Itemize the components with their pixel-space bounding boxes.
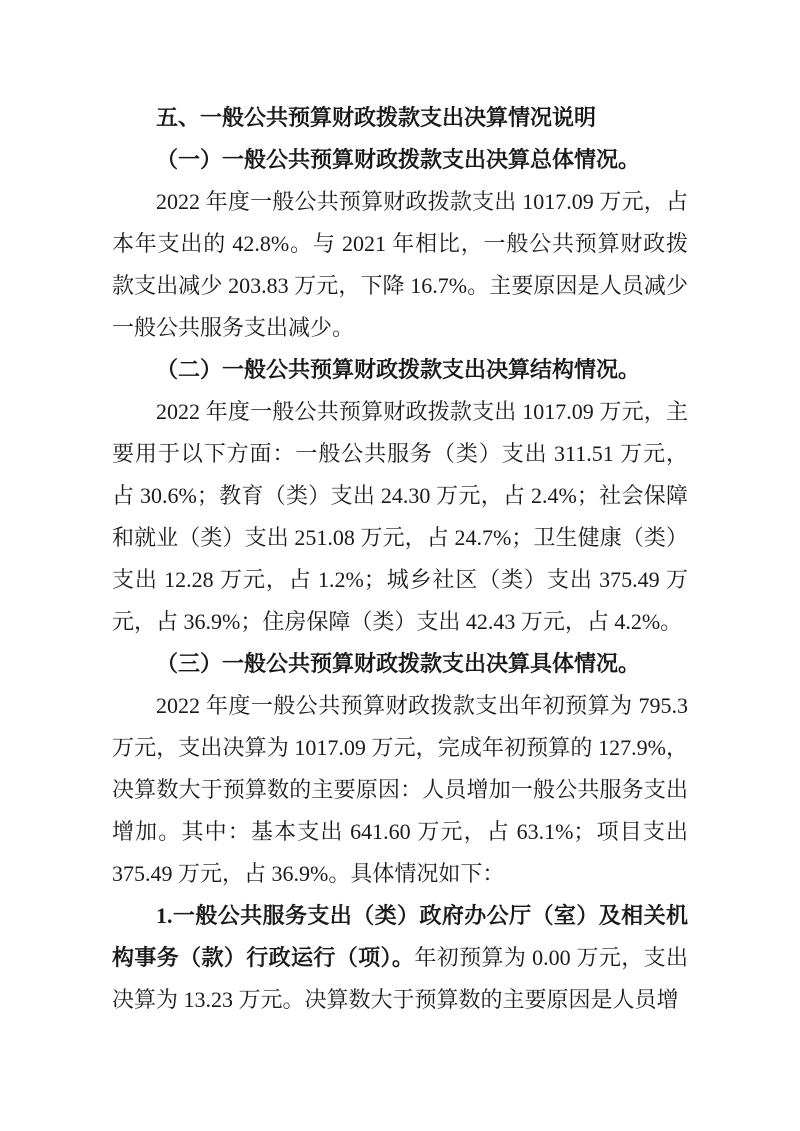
subsection-2-heading: （二）一般公共预算财政拨款支出决算结构情况。	[112, 349, 688, 391]
subsection-3-paragraph: 2022 年度一般公共预算财政拨款支出年初预算为 795.3 万元，支出决算为 …	[112, 685, 688, 895]
subsection-3-heading: （三）一般公共预算财政拨款支出决算具体情况。	[112, 643, 688, 685]
section-heading: 五、一般公共预算财政拨款支出决算情况说明	[112, 97, 688, 139]
subsection-1-heading: （一）一般公共预算财政拨款支出决算总体情况。	[112, 139, 688, 181]
subsection-1-paragraph: 2022 年度一般公共预算财政拨款支出 1017.09 万元，占本年支出的 42…	[112, 181, 688, 349]
document-page: 五、一般公共预算财政拨款支出决算情况说明 （一）一般公共预算财政拨款支出决算总体…	[0, 0, 800, 1131]
subsection-2-paragraph: 2022 年度一般公共预算财政拨款支出 1017.09 万元，主要用于以下方面：…	[112, 391, 688, 643]
detail-item-1: 1.一般公共服务支出（类）政府办公厅（室）及相关机构事务（款）行政运行（项）。年…	[112, 895, 688, 1021]
